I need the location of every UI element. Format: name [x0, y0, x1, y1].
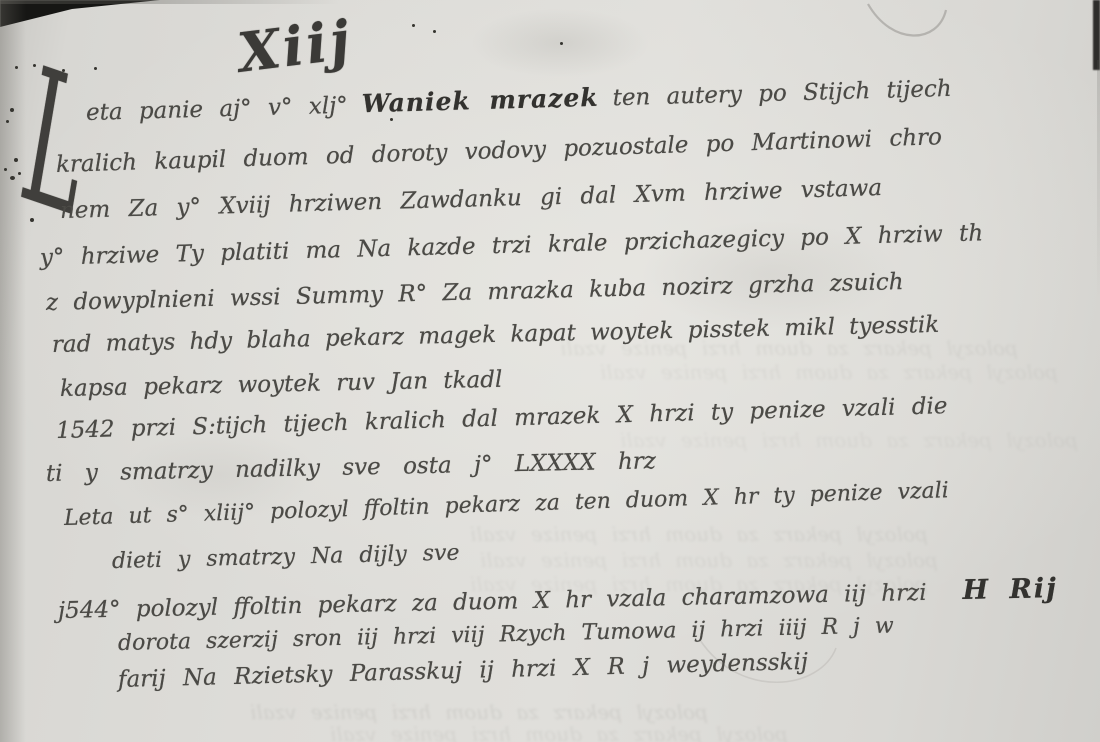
- ink-speckle: [6, 120, 9, 123]
- bleed-through-text: polozyl pekarz za duom hrzi penize vzali: [560, 336, 1018, 360]
- ink-speckle: [18, 172, 21, 175]
- ink-speckle: [433, 30, 436, 33]
- ink-speckle: [33, 64, 36, 67]
- ink-speckle: [14, 158, 18, 162]
- ink-speckle: [15, 66, 18, 69]
- ink-speckle: [30, 218, 34, 222]
- bleed-through-text: polozyl pekarz za duom hrzi penize vzali: [480, 548, 938, 572]
- ink-speckle: [94, 67, 97, 70]
- manuscript-page-scan: Xiij L eta panie aj° v° xlj°Waniek mraze…: [0, 0, 1100, 742]
- bleed-through-text: polozyl pekarz za duom hrzi penize vzali: [330, 722, 788, 742]
- bleed-through-text: polozyl pekarz za duom hrzi penize vzali: [470, 522, 928, 546]
- marginal-mark: H Rij: [962, 573, 1058, 606]
- ink-speckle: [390, 118, 393, 121]
- bleed-through-text: polozyl pekarz za duom hrzi penize vzali: [470, 572, 928, 596]
- ink-speckle: [4, 168, 7, 171]
- ink-speckle: [560, 42, 563, 45]
- ink-speckle: [10, 176, 15, 180]
- bleed-through-text: polozyl pekarz za duom hrzi penize vzali: [250, 700, 708, 724]
- bleed-through-text: polozyl pekarz za duom hrzi penize vzali: [620, 428, 1078, 452]
- bleed-through-text: polozyl pekarz za duom hrzi penize vzali: [600, 360, 1058, 384]
- ink-speckle: [62, 69, 65, 72]
- ink-speckle: [412, 24, 415, 27]
- ink-speckle: [10, 108, 14, 112]
